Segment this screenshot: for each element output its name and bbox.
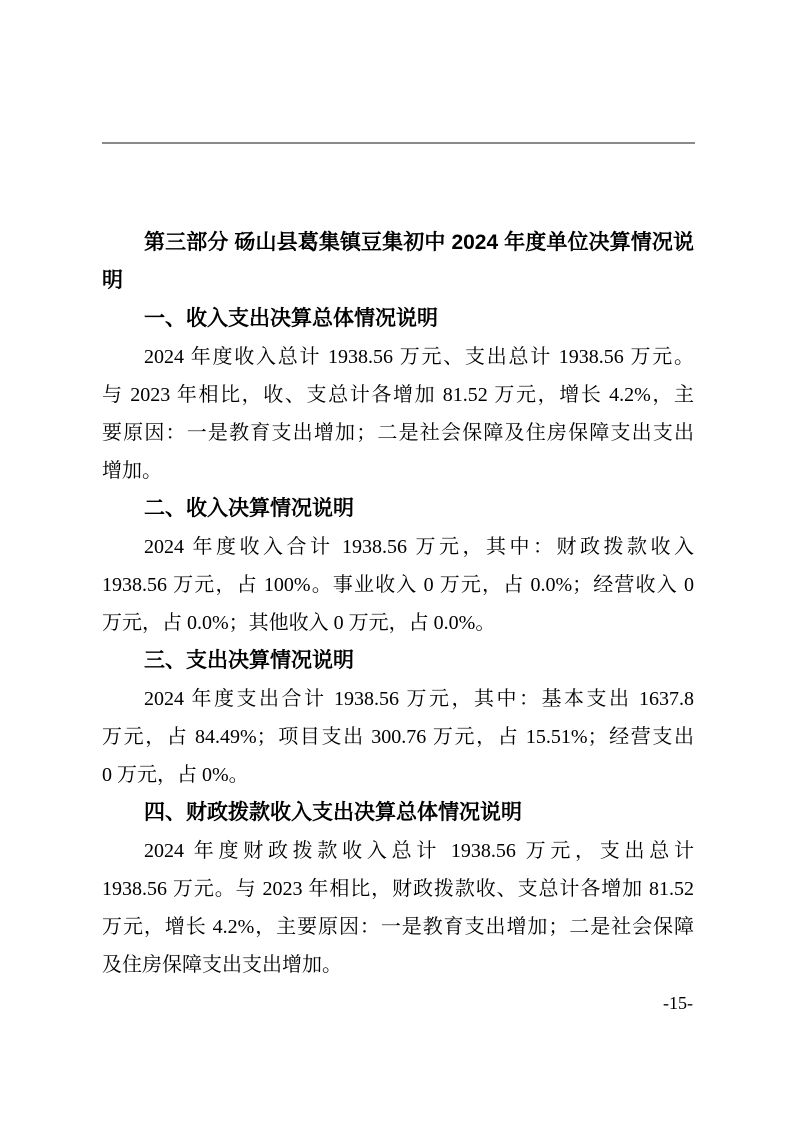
section-1-paragraph-line: 要原因：一是教育支出增加；二是社会保障及住房保障支出支出 xyxy=(102,414,694,452)
page-number: -15- xyxy=(102,984,693,1022)
section-2-paragraph-line: 万元，占 0.0%；其他收入 0 万元，占 0.0%。 xyxy=(102,604,694,642)
section-4-paragraph-line: 1938.56 万元。与 2023 年相比，财政拨款收、支总计各增加 81.52 xyxy=(102,870,694,908)
section-4-paragraph-line: 2024 年度财政拨款收入总计 1938.56 万元，支出总计 xyxy=(102,832,694,870)
document-body: 第三部分 砀山县葛集镇豆集初中 2024 年度单位决算情况说 明 一、收入支出决… xyxy=(102,224,694,984)
section-1-paragraph-line: 2024 年度收入总计 1938.56 万元、支出总计 1938.56 万元。 xyxy=(102,338,694,376)
document-page: 第三部分 砀山县葛集镇豆集初中 2024 年度单位决算情况说 明 一、收入支出决… xyxy=(0,0,793,1122)
section-2-paragraph-line: 1938.56 万元，占 100%。事业收入 0 万元，占 0.0%；经营收入 … xyxy=(102,566,694,604)
section-4-paragraph-line: 万元，增长 4.2%，主要原因：一是教育支出增加；二是社会保障 xyxy=(102,908,694,946)
section-1-paragraph-line: 增加。 xyxy=(102,452,694,490)
section-1-paragraph-line: 与 2023 年相比，收、支总计各增加 81.52 万元，增长 4.2%，主 xyxy=(102,376,694,414)
section-4-paragraph-line: 及住房保障支出支出增加。 xyxy=(102,946,694,984)
section-3-paragraph-line: 万元，占 84.49%；项目支出 300.76 万元，占 15.51%；经营支出 xyxy=(102,718,694,756)
header-divider-line xyxy=(102,142,695,144)
section-2-heading: 二、收入决算情况说明 xyxy=(102,490,694,528)
section-3-paragraph-line: 0 万元，占 0%。 xyxy=(102,756,694,794)
section-2-paragraph-line: 2024 年度收入合计 1938.56 万元，其中：财政拨款收入 xyxy=(102,528,694,566)
section-1-heading: 一、收入支出决算总体情况说明 xyxy=(102,300,694,338)
section-3-paragraph-line: 2024 年度支出合计 1938.56 万元，其中：基本支出 1637.8 xyxy=(102,680,694,718)
section-4-heading: 四、财政拨款收入支出决算总体情况说明 xyxy=(102,794,694,832)
document-title-line-1: 第三部分 砀山县葛集镇豆集初中 2024 年度单位决算情况说 xyxy=(102,224,694,262)
section-3-heading: 三、支出决算情况说明 xyxy=(102,642,694,680)
document-title-line-2: 明 xyxy=(102,262,694,300)
